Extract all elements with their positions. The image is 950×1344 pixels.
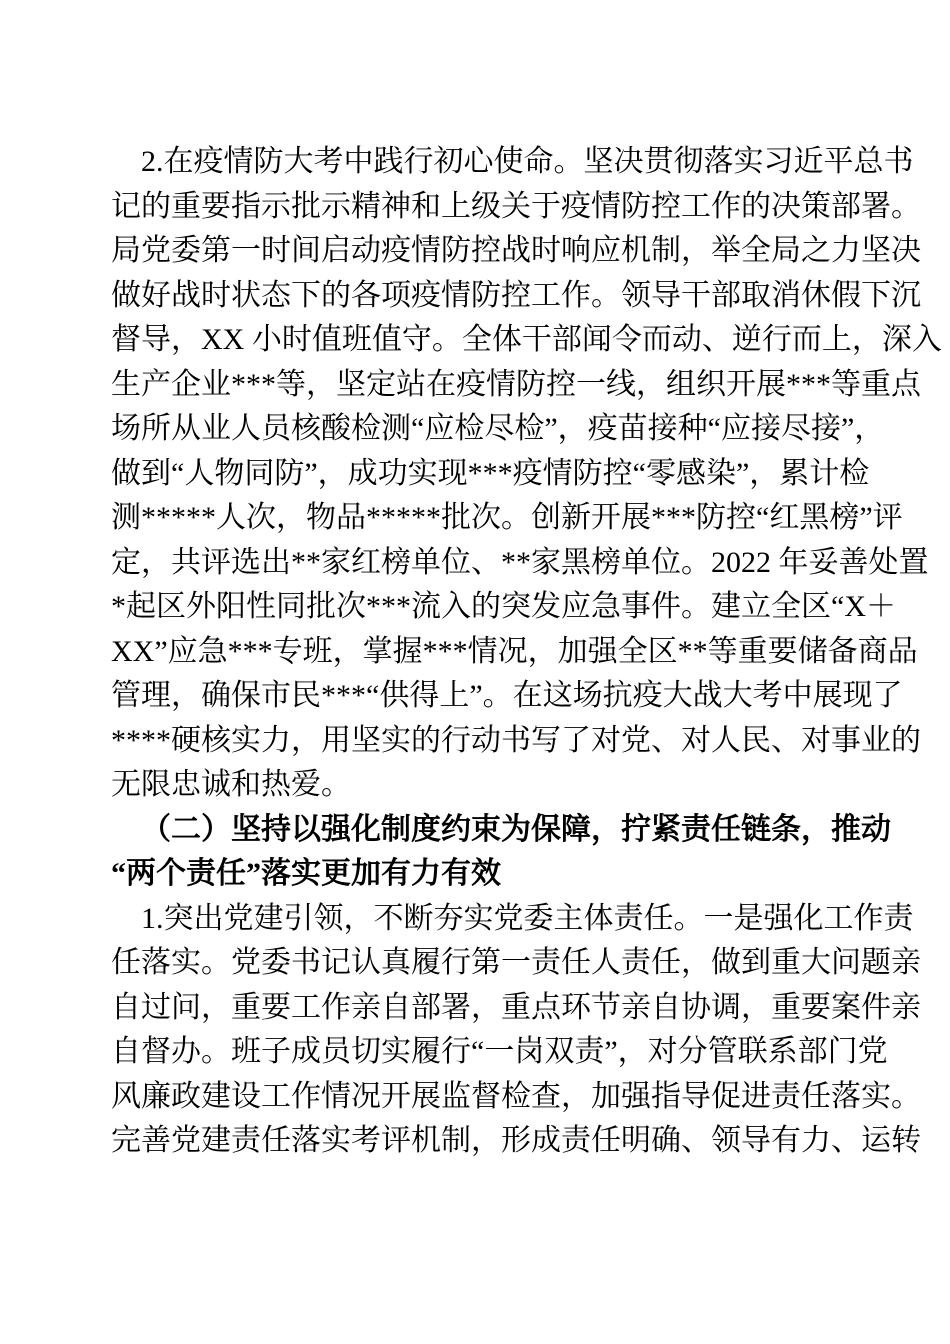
body-text-line: 2.在疫情防大考中践行初心使命。坚决贯彻落实习近平总书	[111, 140, 923, 185]
body-text-line: XX”应急***专班，掌握***情况，加强全区**等重要储备商品	[111, 630, 923, 675]
body-text-line: 任落实。党委书记认真履行第一责任人责任，做到重大问题亲	[111, 941, 923, 986]
body-text-line: 场所从业人员核酸检测“应检尽检”，疫苗接种“应接尽接”，	[111, 407, 923, 452]
body-text-line: 管理，确保市民***“供得上”。在这场抗疫大战大考中展现了	[111, 674, 923, 719]
body-text-line: 局党委第一时间启动疫情防控战时响应机制，举全局之力坚决	[111, 229, 923, 274]
section-heading-line: “两个责任”落实更加有力有效	[111, 852, 923, 897]
section-heading-line: （二）坚持以强化制度约束为保障，拧紧责任链条，推动	[111, 808, 923, 853]
body-text-line: ****硬核实力，用坚实的行动书写了对党、对人民、对事业的	[111, 719, 923, 764]
body-text-line: 自督办。班子成员切实履行“一岗双责”，对分管联系部门党	[111, 1030, 923, 1075]
body-text-line: 1.突出党建引领，不断夯实党委主体责任。一是强化工作责	[111, 897, 923, 942]
body-text-line: 生产企业***等，坚定站在疫情防控一线，组织开展***等重点	[111, 363, 923, 408]
body-text-line: 风廉政建设工作情况开展监督检查，加强指导促进责任落实。	[111, 1075, 923, 1120]
body-text-line: *起区外阳性同批次***流入的突发应急事件。建立全区“X＋	[111, 585, 923, 630]
body-text-line: 测*****人次，物品*****批次。创新开展***防控“红黑榜”评	[111, 496, 923, 541]
body-text-line: 督导，XX 小时值班值守。全体干部闻令而动、逆行而上，深入	[111, 318, 923, 363]
body-text-line: 无限忠诚和热爱。	[111, 763, 923, 808]
document-text-column: 2.在疫情防大考中践行初心使命。坚决贯彻落实习近平总书记的重要指示批示精神和上级…	[111, 140, 923, 1164]
body-text-line: 自过问，重要工作亲自部署，重点环节亲自协调，重要案件亲	[111, 986, 923, 1031]
body-text-line: 做好战时状态下的各项疫情防控工作。领导干部取消休假下沉	[111, 274, 923, 319]
body-text-line: 记的重要指示批示精神和上级关于疫情防控工作的决策部署。	[111, 185, 923, 230]
body-text-line: 做到“人物同防”，成功实现***疫情防控“零感染”，累计检	[111, 452, 923, 497]
document-page: 2.在疫情防大考中践行初心使命。坚决贯彻落实习近平总书记的重要指示批示精神和上级…	[0, 0, 950, 1344]
body-text-line: 完善党建责任落实考评机制，形成责任明确、领导有力、运转	[111, 1119, 923, 1164]
body-text-line: 定，共评选出**家红榜单位、**家黑榜单位。2022 年妥善处置	[111, 541, 923, 586]
